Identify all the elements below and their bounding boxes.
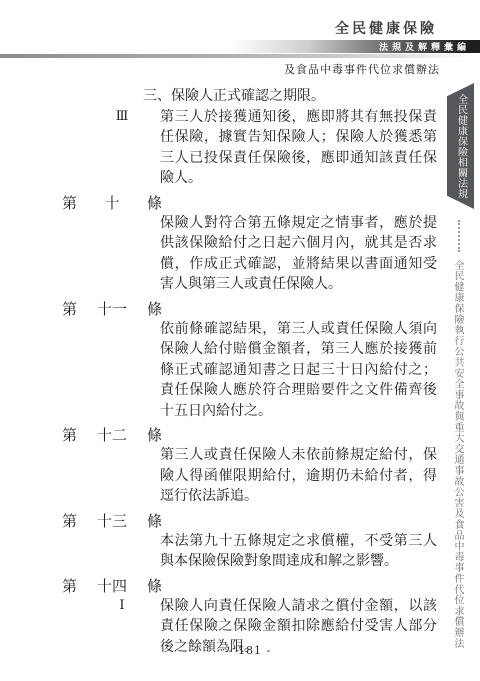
article-heading-prefix: 第 bbox=[62, 299, 77, 319]
header-rule-line bbox=[0, 54, 480, 58]
page-title: 全民健康保險 bbox=[335, 18, 437, 38]
document-page: 全民健康保險 法規及解釋彙編 及食品中毒事件代位求償辦法 全民健康保險相關法規 … bbox=[0, 0, 480, 681]
article-heading-number: 十一 bbox=[97, 299, 127, 319]
article-heading-number: 十四 bbox=[97, 576, 127, 596]
article-heading-row: 第十一條 bbox=[62, 299, 162, 319]
series-banner: 法規及解釋彙編 bbox=[0, 40, 480, 53]
article-body-row: 第三人或責任保險人未依前條規定給付，保險人得函催限期給付，逾期仍未給付者，得逕行… bbox=[62, 445, 438, 507]
sidebar-tab: 全民健康保險相關法規 bbox=[447, 83, 474, 209]
article-heading-row: 第十二條 bbox=[62, 425, 162, 445]
article-body-row: 本法第九十五條規定之求償權，不受第三人與本保險保險對象間達成和解之影響。 bbox=[62, 531, 438, 572]
series-banner-label: 法規及解釋彙編 bbox=[379, 40, 470, 53]
article-heading-suffix: 條 bbox=[147, 511, 162, 531]
article-heading-row: 第十四條 bbox=[62, 576, 162, 596]
sidebar-caption: 全民健康保險執行公共安全事故與重大交通事故公害及食品中毒事件代位求償辦法 bbox=[452, 260, 462, 655]
article-body-row: 依前條確認結果，第三人或責任保險人須向保險人給付賠償金額者，第三人應於接獲前條正… bbox=[62, 319, 438, 422]
sidebar-tab-label: 全民健康保險相關法規 bbox=[456, 94, 466, 199]
clause-text: 第三人於接獲通知後，應即將其有無投保責任保險，據實告知保險人；保險人於獲悉第三人… bbox=[160, 107, 437, 189]
enum-item-text: 三、保險人正式確認之期限。 bbox=[143, 86, 438, 107]
clause-text: 本法第九十五條規定之求償權，不受第三人與本保險保險對象間達成和解之影響。 bbox=[160, 531, 437, 572]
article-body-row: 保險人對符合第五條規定之情事者，應於提供該保險給付之日起六個月內，就其是否求償，… bbox=[62, 213, 438, 295]
page-subtitle: 及食品中毒事件代位求償辦法 bbox=[284, 61, 440, 77]
article-list: 三、保險人正式確認之期限。Ⅲ第三人於接獲通知後，應即將其有無投保責任保險，據實告… bbox=[62, 86, 438, 657]
clause-text: 依前條確認結果，第三人或責任保險人須向保險人給付賠償金額者，第三人應於接獲前條正… bbox=[160, 319, 437, 422]
article-heading-number: 十三 bbox=[97, 511, 127, 531]
clause-text: 保險人對符合第五條規定之情事者，應於提供該保險給付之日起六個月內，就其是否求償，… bbox=[160, 213, 437, 295]
article-heading-number: 十 bbox=[104, 193, 119, 213]
article-heading-prefix: 第 bbox=[62, 425, 77, 445]
article-heading-suffix: 條 bbox=[147, 576, 162, 596]
page-number: - 181 - bbox=[62, 644, 438, 657]
article-heading-row: 第十條 bbox=[62, 193, 162, 213]
article-heading-suffix: 條 bbox=[147, 299, 162, 319]
clause-marker: Ⅰ bbox=[102, 596, 142, 617]
article-heading-suffix: 條 bbox=[147, 425, 162, 445]
article-clause-row: Ⅲ第三人於接獲通知後，應即將其有無投保責任保險，據實告知保險人；保險人於獲悉第三… bbox=[62, 107, 438, 189]
article-heading-suffix: 條 bbox=[147, 193, 162, 213]
clause-marker: Ⅲ bbox=[102, 107, 142, 128]
clause-text: 第三人或責任保險人未依前條規定給付，保險人得函催限期給付，逾期仍未給付者，得逕行… bbox=[160, 445, 437, 507]
article-heading-prefix: 第 bbox=[62, 511, 77, 531]
dotted-separator bbox=[458, 220, 460, 252]
article-heading-prefix: 第 bbox=[62, 576, 77, 596]
article-heading-prefix: 第 bbox=[62, 193, 77, 213]
article-heading-row: 第十三條 bbox=[62, 511, 162, 531]
article-enum-row: 三、保險人正式確認之期限。 bbox=[62, 86, 438, 107]
article-heading-number: 十二 bbox=[97, 425, 127, 445]
